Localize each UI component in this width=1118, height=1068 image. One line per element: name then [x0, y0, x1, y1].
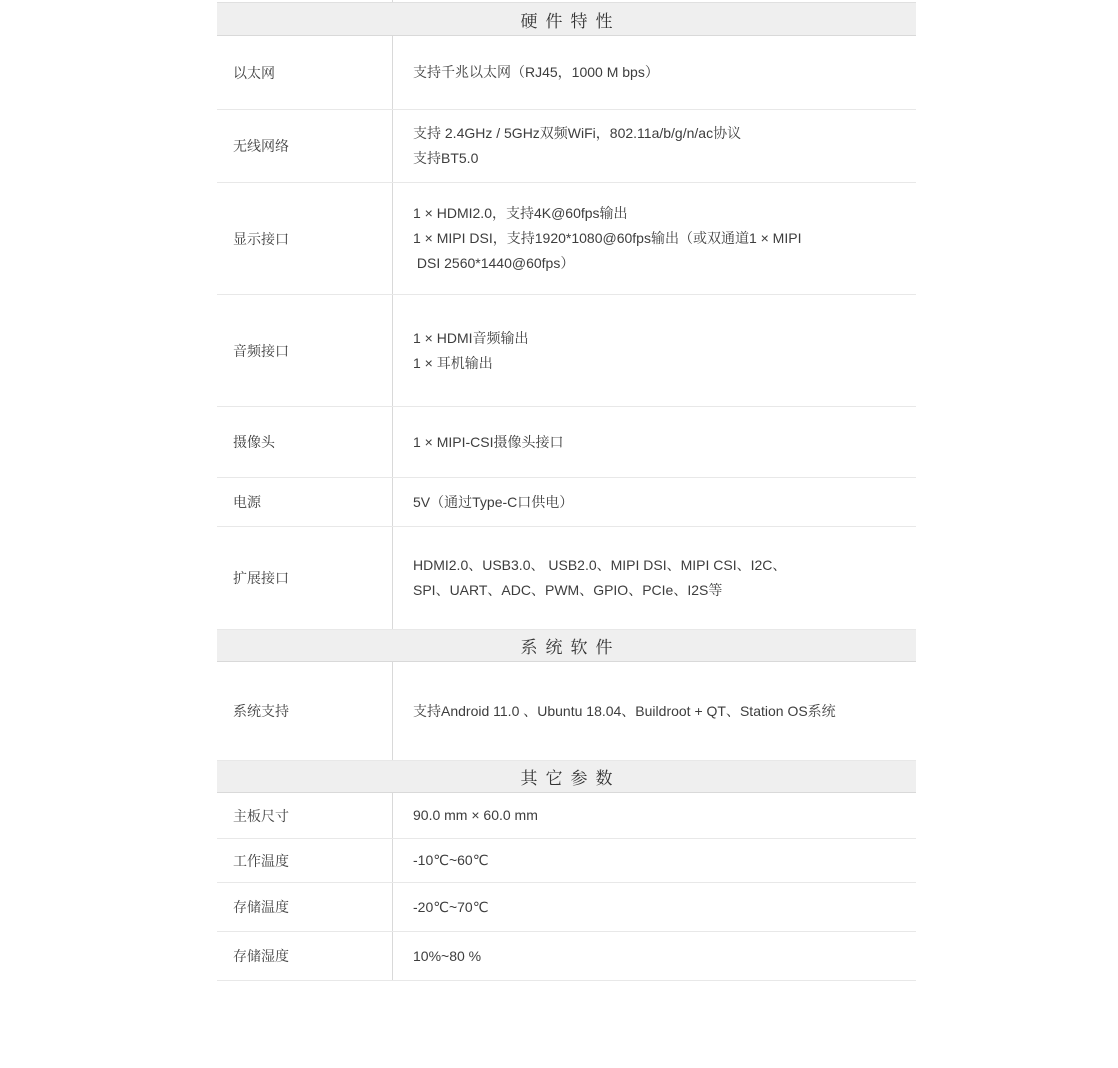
table-row-display: 显示接口 1 × HDMI2.0，支持4K@60fps输出 1 × MIPI D… [217, 183, 916, 295]
table-row-storage-temp: 存储温度 -20℃~70℃ [217, 883, 916, 932]
table-row-board-size: 主板尺寸 90.0 mm × 60.0 mm [217, 793, 916, 839]
spec-value: -10℃~60℃ [393, 839, 916, 882]
spec-value: 1 × MIPI-CSI摄像头接口 [393, 407, 916, 477]
spec-label: 摄像头 [217, 407, 393, 477]
section-header-hardware: 硬件特性 [217, 2, 916, 36]
table-row-power: 电源 5V（通过Type-C口供电） [217, 478, 916, 527]
spec-label: 扩展接口 [217, 527, 393, 629]
spec-value: 1 × HDMI音频输出 1 × 耳机输出 [393, 295, 916, 406]
spec-label: 系统支持 [217, 662, 393, 760]
table-row-audio: 音频接口 1 × HDMI音频输出 1 × 耳机输出 [217, 295, 916, 407]
section-header-software: 系统软件 [217, 630, 916, 662]
spec-label: 无线网络 [217, 110, 393, 182]
spec-label: 电源 [217, 478, 393, 526]
table-row-wireless: 无线网络 支持 2.4GHz / 5GHz双频WiFi，802.11a/b/g/… [217, 110, 916, 183]
table-row-storage-humidity: 存储湿度 10%~80 % [217, 932, 916, 981]
spec-value: -20℃~70℃ [393, 883, 916, 931]
spec-value: 10%~80 % [393, 932, 916, 980]
table-row-os-support: 系统支持 支持Android 11.0 、Ubuntu 18.04、Buildr… [217, 662, 916, 761]
spec-value: 支持Android 11.0 、Ubuntu 18.04、Buildroot +… [393, 662, 916, 760]
spec-label: 工作温度 [217, 839, 393, 882]
spec-value: HDMI2.0、USB3.0、 USB2.0、MIPI DSI、MIPI CSI… [393, 527, 916, 629]
cropped-label-column [217, 0, 393, 2]
spec-value: 支持 2.4GHz / 5GHz双频WiFi，802.11a/b/g/n/ac协… [393, 110, 916, 182]
spec-label: 主板尺寸 [217, 793, 393, 838]
spec-label: 以太网 [217, 36, 393, 109]
table-row-ethernet: 以太网 支持千兆以太网（RJ45，1000 M bps） [217, 36, 916, 110]
table-row-expansion: 扩展接口 HDMI2.0、USB3.0、 USB2.0、MIPI DSI、MIP… [217, 527, 916, 630]
spec-table: 硬件特性 以太网 支持千兆以太网（RJ45，1000 M bps） 无线网络 支… [217, 0, 916, 981]
section-header-other-params: 其它参数 [217, 761, 916, 793]
spec-label: 显示接口 [217, 183, 393, 294]
spec-label: 音频接口 [217, 295, 393, 406]
spec-value: 1 × HDMI2.0，支持4K@60fps输出 1 × MIPI DSI，支持… [393, 183, 916, 294]
table-row-operating-temp: 工作温度 -10℃~60℃ [217, 839, 916, 883]
spec-value: 5V（通过Type-C口供电） [393, 478, 916, 526]
spec-label: 存储湿度 [217, 932, 393, 980]
spec-label: 存储温度 [217, 883, 393, 931]
table-row-camera: 摄像头 1 × MIPI-CSI摄像头接口 [217, 407, 916, 478]
spec-value: 支持千兆以太网（RJ45，1000 M bps） [393, 36, 916, 109]
spec-value: 90.0 mm × 60.0 mm [393, 793, 916, 838]
